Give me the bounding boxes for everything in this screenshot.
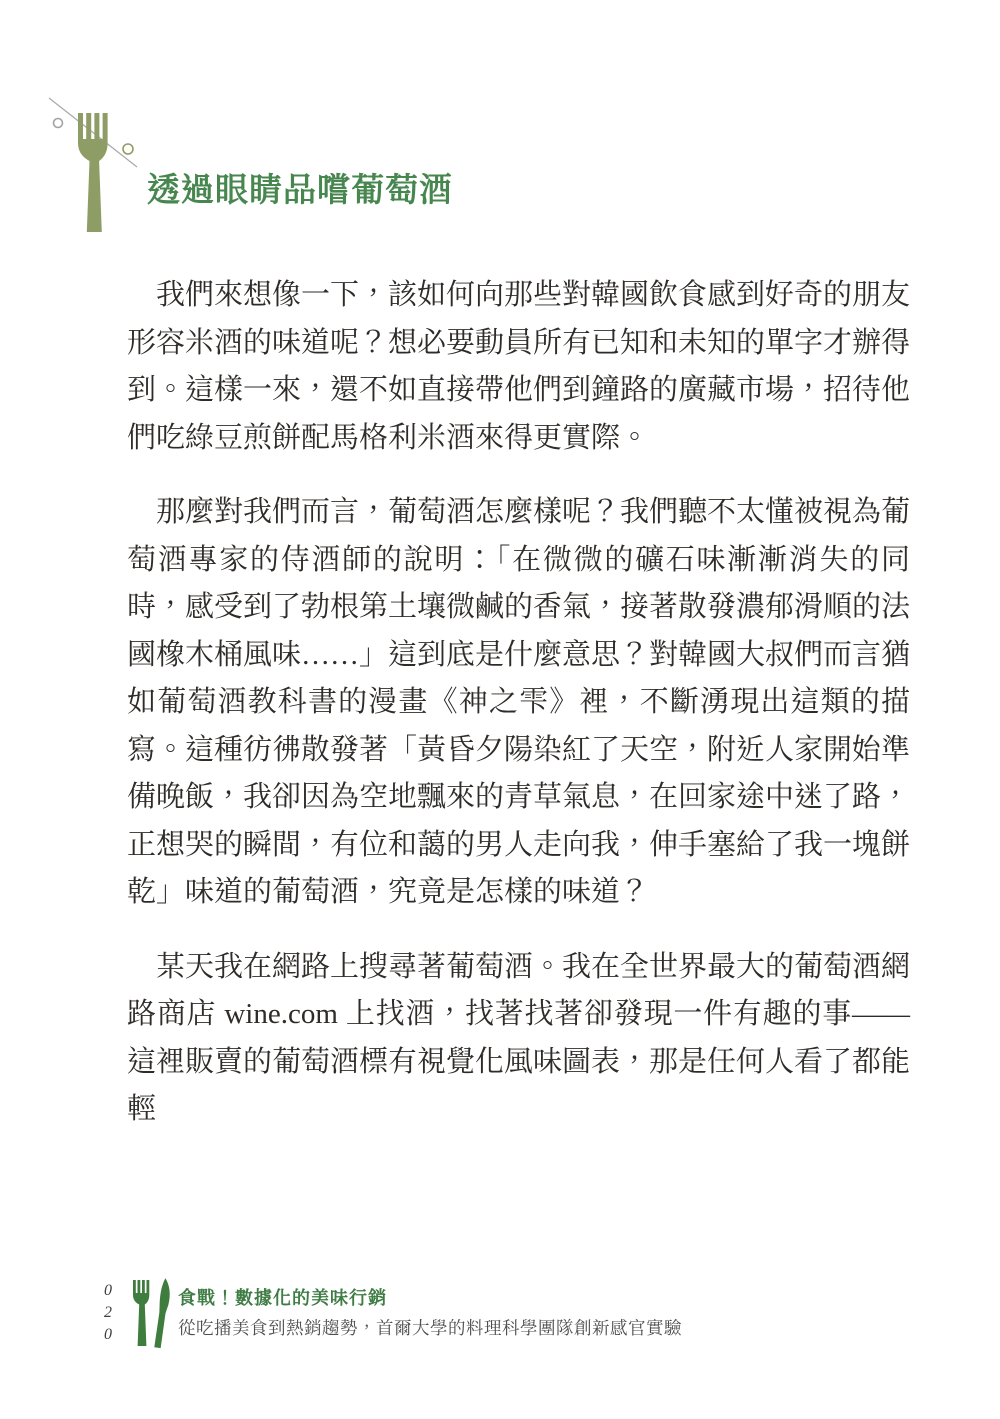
footer-text: 食戰！數據化的美味行銷 從吃播美食到熱銷趨勢，首爾大學的料理科學團隊創新感官實驗 [178, 1284, 682, 1340]
paragraph: 那麼對我們而言，葡萄酒怎麼樣呢？我們聽不太懂被視為葡萄酒專家的侍酒師的說明：「在… [127, 489, 910, 917]
page-title: 透過眼睛品嚐葡萄酒 [147, 164, 453, 211]
page-number-digit: 2 [98, 1302, 118, 1324]
page-number: 0 2 0 [98, 1280, 118, 1346]
paragraph: 某天我在網路上搜尋著葡萄酒。我在全世界最大的葡萄酒網路商店 wine.com 上… [127, 944, 910, 1134]
book-page: 透過眼睛品嚐葡萄酒 我們來想像一下，該如何向那些對韓國飲食感到好奇的朋友形容米酒… [0, 0, 1000, 1419]
fork-icon [78, 113, 108, 232]
page-number-digit: 0 [98, 1324, 118, 1346]
circle-ornament-gray [54, 119, 63, 128]
circle-ornament-green [123, 144, 133, 154]
fork-knife-icon [131, 1278, 173, 1350]
book-subtitle: 從吃播美食到熱銷趨勢，首爾大學的料理科學團隊創新感官實驗 [178, 1315, 682, 1340]
page-number-digit: 0 [98, 1280, 118, 1302]
paragraph: 我們來想像一下，該如何向那些對韓國飲食感到好奇的朋友形容米酒的味道呢？想必要動員… [127, 272, 910, 462]
body-text: 我們來想像一下，該如何向那些對韓國飲食感到好奇的朋友形容米酒的味道呢？想必要動員… [127, 272, 910, 1134]
book-title: 食戰！數據化的美味行銷 [178, 1284, 682, 1310]
